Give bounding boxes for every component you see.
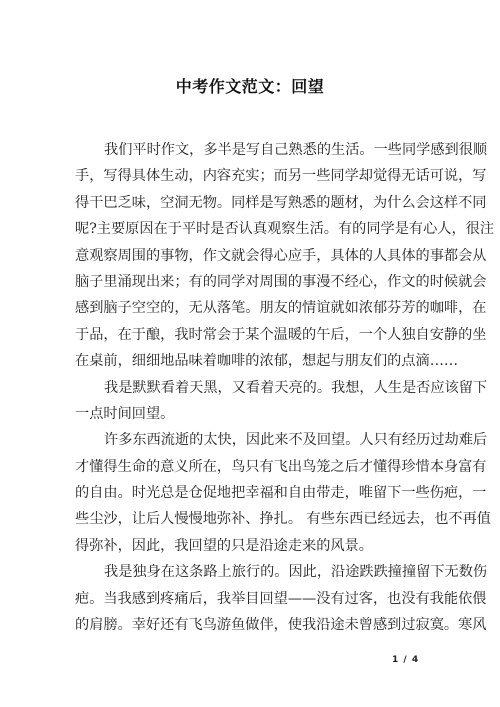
body-line: 许多东西流逝的太快，因此来不及回望。人只有经历过劫难后 [75,429,426,455]
body-line: 才懂得生命的意义所在，鸟只有飞出鸟笼之后才懂得珍惜本身富有 [75,456,426,482]
body-line: 一点时间回望。 [75,403,426,429]
body-line: 呢?主要原因在于平时是否认真观察生活。有的同学是有心人，很注 [75,218,426,244]
body-line: 我们平时作文，多半是写自己熟悉的生活。一些同学感到很顺 [75,139,426,165]
body-line: 意观察周围的事物，作文就会得心应手，具体的人具体的事都会从 [75,245,426,271]
body-line: 些尘沙，让后人慢慢地弥补、挣扎。 有些东西已经远去，也不再值 [75,508,426,534]
body-line: 的肩膀。幸好还有飞鸟游鱼做伴，使我沿途未曾感到过寂寞。寒风 [75,614,426,640]
body-line: 的自由。时光总是仓促地把幸福和自由带走，唯留下一些伤疤，一 [75,482,426,508]
document-body: 我们平时作文，多半是写自己熟悉的生活。一些同学感到很顺 手，写得具体生动，内容充… [75,139,426,640]
body-line: 我是默默看着天黑，又看着天亮的。我想，人生是否应该留下 [75,377,426,403]
document-page: 中考作文范文：回望 我们平时作文，多半是写自己熟悉的生活。一些同学感到很顺 手，… [0,0,500,707]
body-line: 在桌前，细细地品味着咖啡的浓郁，想起与朋友们的点滴…… [75,350,426,376]
body-line: 手，写得具体生动，内容充实；而另一些同学却觉得无话可说，写 [75,165,426,191]
body-line: 感到脑子空空的，无从落笔。朋友的情谊就如浓郁芬芳的咖啡，在 [75,297,426,323]
body-line: 疤。当我感到疼痛后，我举目回望——没有过客，也没有我能依偎 [75,588,426,614]
body-line: 得干巴乏味，空洞无物。同样是写熟悉的题材，为什么会这样不同 [75,192,426,218]
body-line: 得弥补，因此，我回望的只是沿途走来的风景。 [75,535,426,561]
document-title: 中考作文范文：回望 [0,74,500,97]
body-line: 我是独身在这条路上旅行的。因此，沿途跌跌撞撞留下无数伤 [75,561,426,587]
body-line: 于品，在于酿，我时常会于某个温暖的午后，一个人独自安静的坐 [75,324,426,350]
body-line: 脑子里涌现出来；有的同学对周围的事漫不经心，作文的时候就会 [75,271,426,297]
page-number: 1 / 4 [392,655,419,665]
